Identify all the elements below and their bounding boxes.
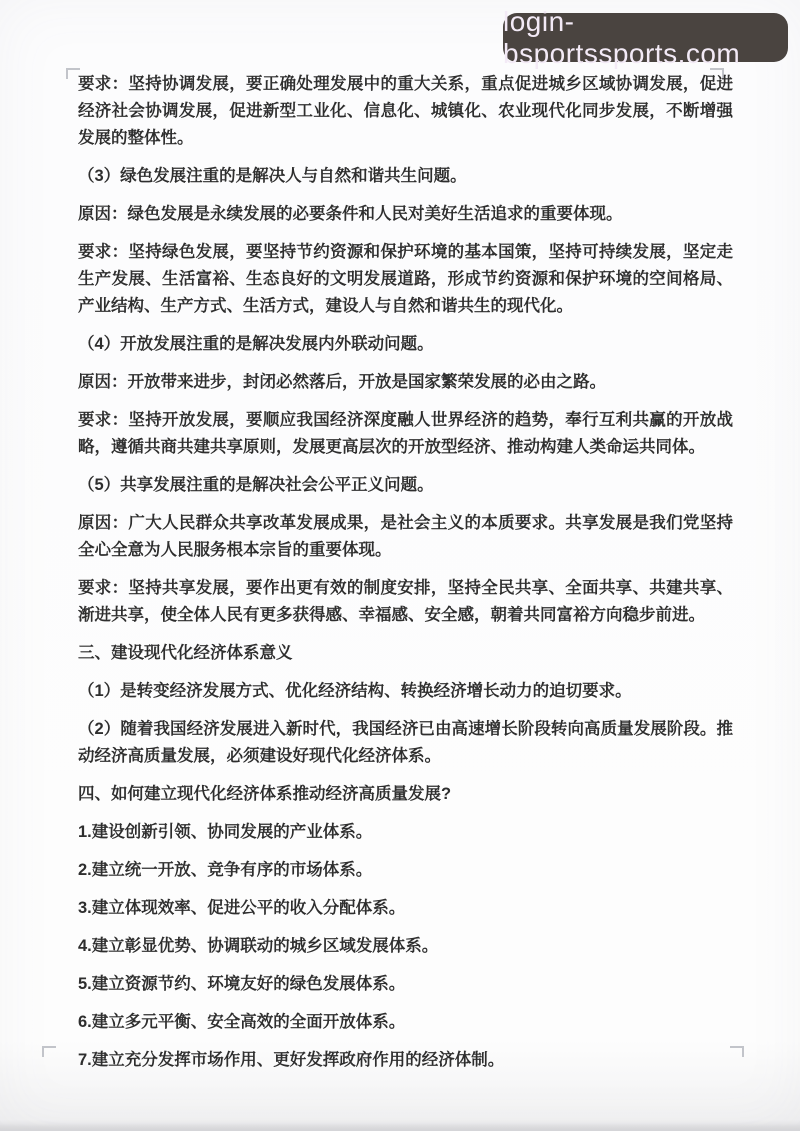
list-item-meaning-1: （1）是转变经济发展方式、优化经济结构、转换经济增长动力的迫切要求。 [78, 678, 733, 705]
list-item-open-development: （4）开放发展注重的是解决发展内外联动问题。 [78, 331, 733, 358]
scan-edge-bottom [0, 1124, 800, 1131]
list-item-meaning-2: （2）随着我国经济发展进入新时代，我国经济已由高速增长阶段转向高质量发展阶段。推… [78, 716, 733, 770]
document-page: login-bsportssports.com 要求：坚持协调发展，要正确处理发… [0, 0, 800, 1131]
section-heading-three: 三、建设现代化经济体系意义 [78, 640, 733, 667]
paragraph-reason-shared: 原因：广大人民群众共享改革发展成果，是社会主义的本质要求。共享发展是我们党坚持全… [78, 510, 733, 564]
list-item-green-development: （3）绿色发展注重的是解决人与自然和谐共生问题。 [78, 163, 733, 190]
numbered-item-5: 5.建立资源节约、环境友好的绿色发展体系。 [78, 971, 733, 998]
corner-mark-bottom-left [42, 1046, 56, 1057]
list-item-shared-development: （5）共享发展注重的是解决社会公平正义问题。 [78, 472, 733, 499]
numbered-item-6: 6.建立多元平衡、安全高效的全面开放体系。 [78, 1009, 733, 1036]
numbered-item-3: 3.建立体现效率、促进公平的收入分配体系。 [78, 895, 733, 922]
paragraph-requirement-shared: 要求：坚持共享发展，要作出更有效的制度安排，坚持全民共享、全面共享、共建共享、渐… [78, 575, 733, 629]
paragraph-requirement-green: 要求：坚持绿色发展，要坚持节约资源和保护环境的基本国策，坚持可持续发展，坚定走生… [78, 239, 733, 320]
paragraph-reason-green: 原因：绿色发展是永续发展的必要条件和人民对美好生活追求的重要体现。 [78, 201, 733, 228]
document-content: 要求：坚持协调发展，要正确处理发展中的重大关系，重点促进城乡区域协调发展，促进经… [78, 71, 733, 1085]
numbered-item-7: 7.建立充分发挥市场作用、更好发挥政府作用的经济体制。 [78, 1047, 733, 1074]
numbered-item-2: 2.建立统一开放、竞争有序的市场体系。 [78, 857, 733, 884]
paragraph-requirement-coordinated: 要求：坚持协调发展，要正确处理发展中的重大关系，重点促进城乡区域协调发展，促进经… [78, 71, 733, 152]
numbered-item-4: 4.建立彰显优势、协调联动的城乡区域发展体系。 [78, 933, 733, 960]
paragraph-requirement-open: 要求：坚持开放发展，要顺应我国经济深度融人世界经济的趋势，奉行互利共赢的开放战略… [78, 407, 733, 461]
paragraph-reason-open: 原因：开放带来进步，封闭必然落后，开放是国家繁荣发展的必由之路。 [78, 369, 733, 396]
watermark-badge: login-bsportssports.com [503, 13, 788, 62]
numbered-item-1: 1.建设创新引领、协同发展的产业体系。 [78, 819, 733, 846]
section-heading-four: 四、如何建立现代化经济体系推动经济高质量发展? [78, 781, 733, 808]
